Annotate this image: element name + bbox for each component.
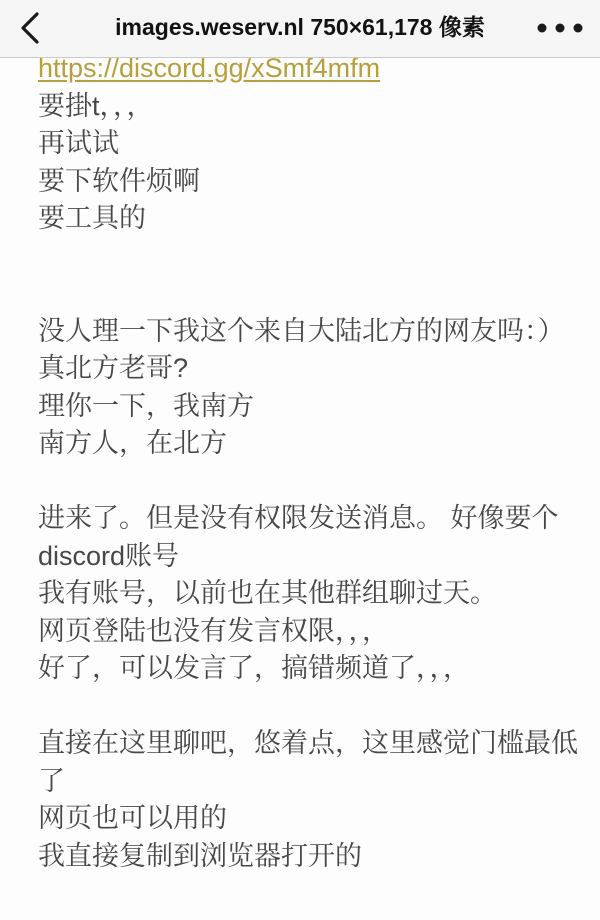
chat-line: 再试试 — [38, 125, 594, 163]
chat-line: 好了，可以发言了，搞错频道了，，， — [38, 650, 594, 688]
chat-line: 要工具的 — [38, 200, 594, 238]
chat-line — [38, 688, 594, 726]
chat-line: 真北方老哥? — [38, 350, 594, 388]
chat-line — [38, 238, 594, 276]
chat-lines: https://discord.gg/xSmf4mfm要掛t，，，再试试要下软件… — [38, 50, 594, 875]
chat-line: 进来了。但是没有权限发送消息。 好像要个 — [38, 500, 594, 538]
chat-line: 了 — [38, 763, 594, 801]
chat-line: 网页也可以用的 — [38, 800, 594, 838]
chevron-left-icon — [19, 11, 41, 45]
browser-header: images.weserv.nl 750×61,178 像素 — [0, 0, 600, 58]
chat-line — [38, 275, 594, 313]
chat-line: 我有账号，以前也在其他群组聊过天。 — [38, 575, 594, 613]
chat-line: 要下软件烦啊 — [38, 163, 594, 201]
back-button[interactable] — [8, 5, 52, 51]
chat-line: 要掛t，，， — [38, 88, 594, 126]
chat-line: 直接在这里聊吧，悠着点，这里感觉门槛最低 — [38, 725, 594, 763]
more-options-button[interactable] — [532, 5, 588, 51]
chat-line: 没人理一下我这个来自大陆北方的网友吗：） — [38, 313, 594, 351]
chat-line — [38, 463, 594, 501]
chat-line: 我直接复制到浏览器打开的 — [38, 838, 594, 876]
image-content: https://discord.gg/xSmf4mfm要掛t，，，再试试要下软件… — [38, 50, 594, 875]
chat-line: 网页登陆也没有发言权限，，， — [38, 613, 594, 651]
chat-line: 理你一下，我南方 — [38, 388, 594, 426]
chat-line: discord账号 — [38, 538, 594, 576]
chat-line: 南方人，在北方 — [38, 425, 594, 463]
ellipsis-icon — [536, 22, 584, 34]
page-title: images.weserv.nl 750×61,178 像素 — [60, 0, 540, 57]
